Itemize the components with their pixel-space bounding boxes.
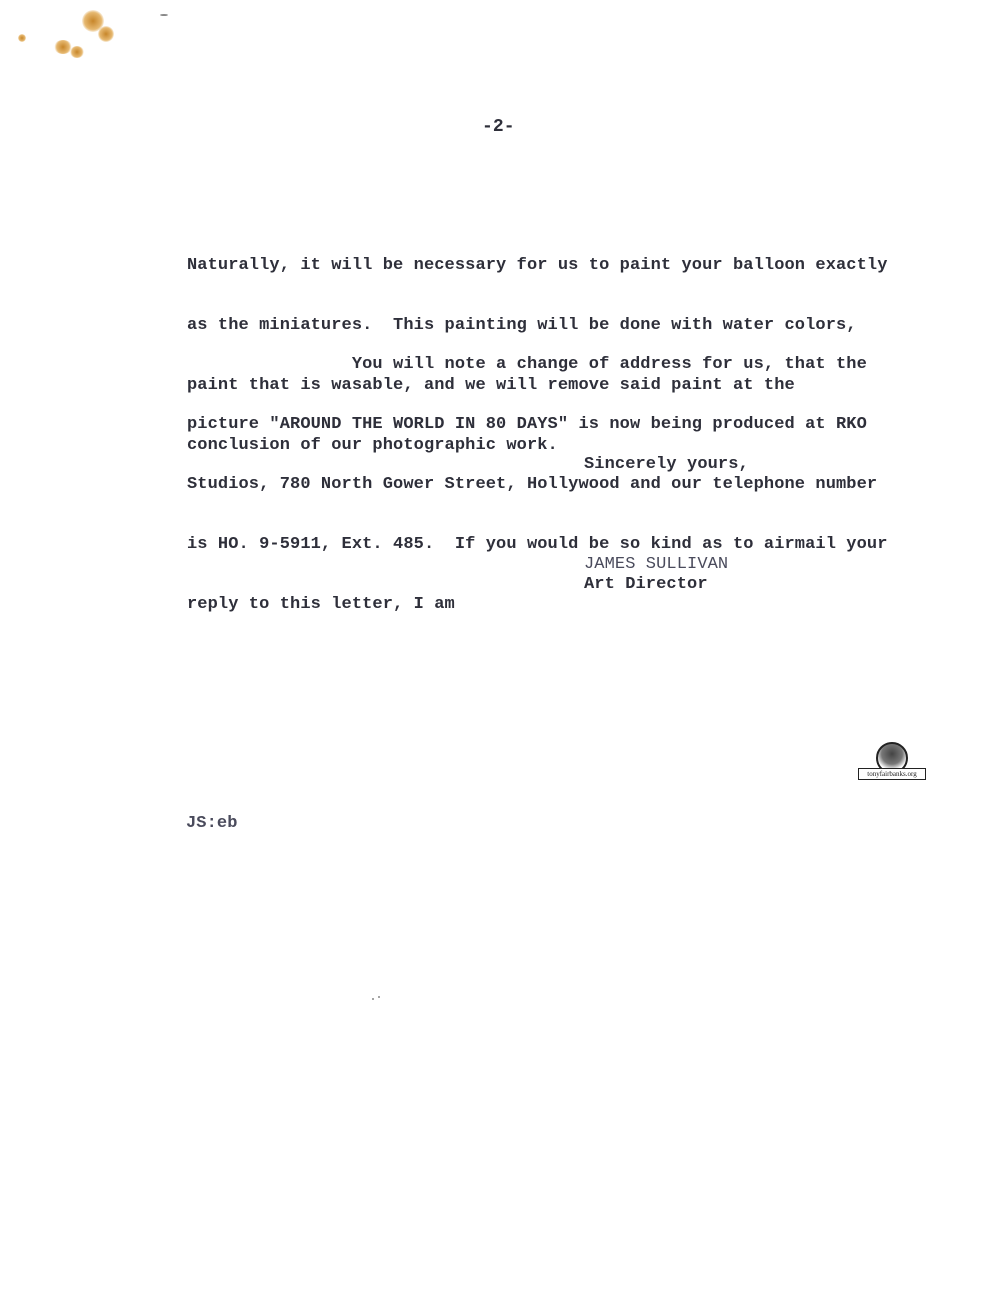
paper-speck <box>378 996 380 998</box>
signature-name: JAMES SULLIVAN <box>584 555 728 575</box>
balloon-watermark: tonyfairbanks.org <box>858 742 928 784</box>
stain-mark <box>70 46 84 58</box>
stain-mark <box>98 26 114 42</box>
paper-speck <box>160 14 168 16</box>
paragraph-line: Studios, 780 North Gower Street, Hollywo… <box>187 475 888 495</box>
paper-speck <box>372 998 374 1000</box>
watermark-label: tonyfairbanks.org <box>858 768 926 780</box>
closing: Sincerely yours, <box>584 455 749 475</box>
typist-initials: JS:eb <box>186 814 238 834</box>
paragraph-line: You will note a change of address for us… <box>187 355 888 375</box>
page-number: -2- <box>482 117 515 137</box>
paragraph-line: reply to this letter, I am <box>187 595 888 615</box>
stain-mark <box>18 34 26 42</box>
signature-title: Art Director <box>584 575 708 595</box>
paragraph-2: You will note a change of address for us… <box>187 315 888 655</box>
paragraph-line: is HO. 9-5911, Ext. 485. If you would be… <box>187 535 888 555</box>
paragraph-line: picture "AROUND THE WORLD IN 80 DAYS" is… <box>187 415 888 435</box>
paragraph-line: Naturally, it will be necessary for us t… <box>187 256 888 276</box>
letter-page: -2- Naturally, it will be necessary for … <box>0 0 1000 1302</box>
